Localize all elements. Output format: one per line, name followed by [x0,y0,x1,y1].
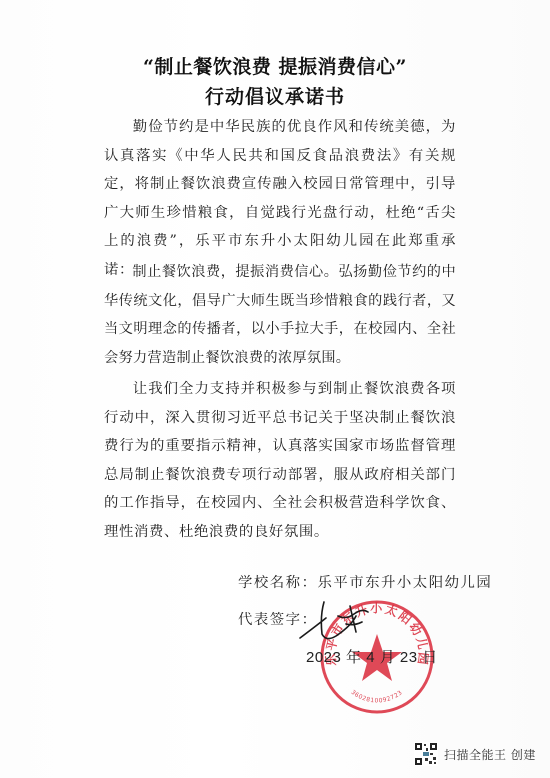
school-name: 学校名称：乐平市东升小太阳幼儿园 [238,571,492,592]
scanner-watermark: 扫描全能王 创建 [414,742,536,766]
scanner-credit-text: 扫描全能王 创建 [444,746,536,763]
paragraph-commitment: 制止餐饮浪费，提振消费信心。弘扬勤俭节约的中华传统文化，倡导广大师生既当珍惜粮食… [104,258,456,372]
paragraph-call-to-action: 让我们全力支持并积极参与到制止餐饮浪费各项行动中，深入贯彻习近平总书记关于坚决制… [104,375,456,546]
document-date: 2023 年 4 月 23 日 [306,646,438,667]
qr-code-icon [414,742,438,766]
document-title-line2: 行动倡议承诺书 [0,82,550,109]
document-title-line1: “制止餐饮浪费 提振消费信心” [0,52,550,79]
svg-text:3602810092723: 3602810092723 [350,689,404,705]
document-page: “制止餐饮浪费 提振消费信心” 行动倡议承诺书 勤俭节约是中华民族的优良作风和传… [0,0,550,778]
